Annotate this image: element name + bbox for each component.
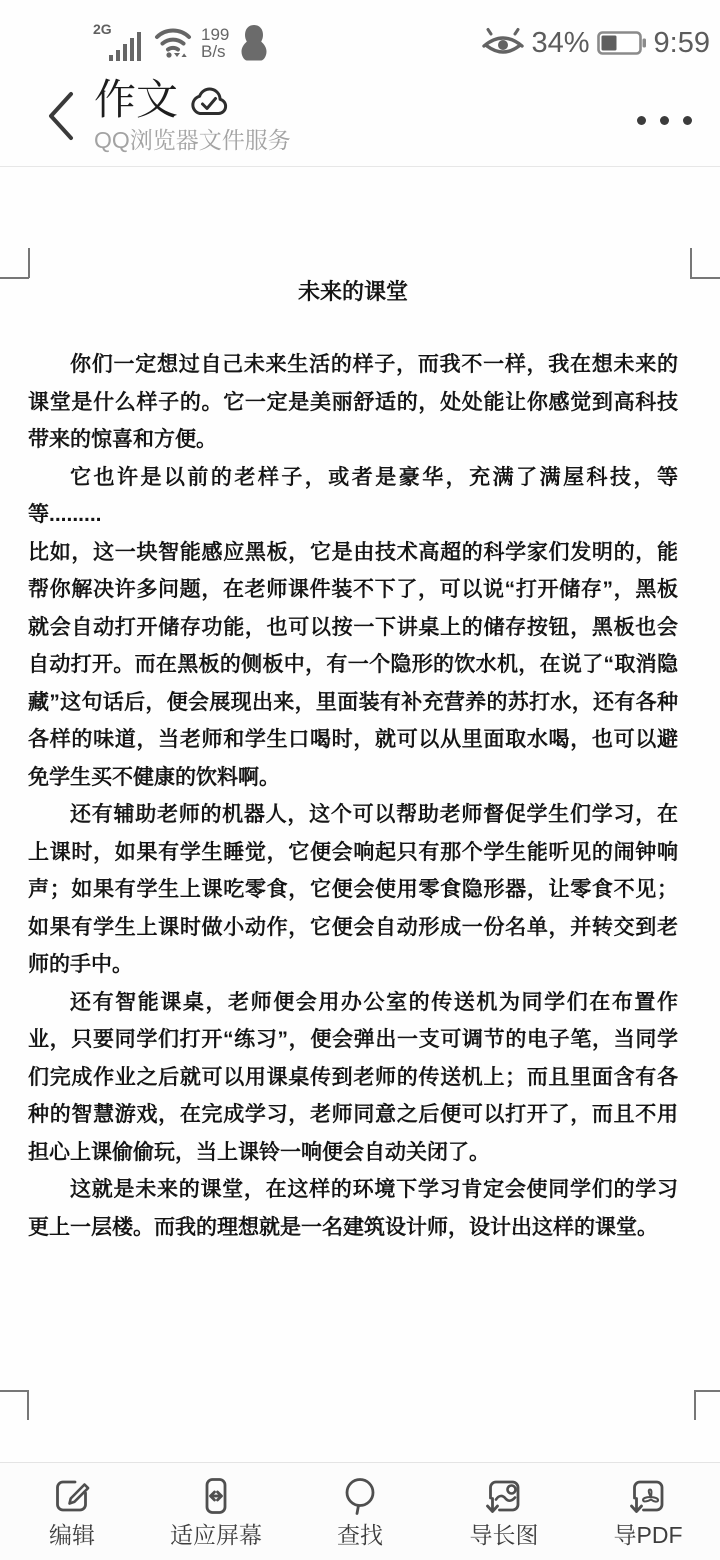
export-long-image-icon bbox=[481, 1473, 527, 1519]
essay-paragraph: 你们一定想过自己未来生活的样子，而我不一样，我在想未来的课堂是什么样子的。它一定… bbox=[28, 346, 678, 459]
tool-label: 查找 bbox=[337, 1521, 383, 1549]
ellipsis-dot bbox=[683, 116, 692, 125]
essay-paragraph: 它也许是以前的老样子，或者是豪华，充满了满屋科技，等等......... bbox=[28, 459, 678, 534]
status-bar: 2G 199 B/s bbox=[0, 0, 720, 70]
title-block: 作文 QQ浏览器文件服务 bbox=[94, 74, 291, 154]
network-speed: 199 B/s bbox=[201, 26, 229, 60]
document-viewer[interactable]: 未来的课堂 你们一定想过自己未来生活的样子，而我不一样，我在想未来的课堂是什么样… bbox=[0, 168, 720, 1462]
header: 作文 QQ浏览器文件服务 bbox=[0, 70, 720, 167]
page-corner-mark-bottom-right bbox=[694, 1390, 720, 1392]
essay-paragraph: 这就是未来的课堂，在这样的环境下学习肯定会使同学们的学习更上一层楼。而我的理想就… bbox=[28, 1171, 678, 1246]
ellipsis-dot bbox=[637, 116, 646, 125]
network-speed-value: 199 bbox=[201, 26, 229, 43]
edit-icon bbox=[49, 1473, 95, 1519]
status-left-cluster: 2G 199 B/s bbox=[93, 23, 270, 63]
essay-title: 未来的课堂 bbox=[28, 272, 678, 312]
bottom-toolbar: 编辑 适应屏幕 查找 bbox=[0, 1462, 720, 1560]
phone-screen: 2G 199 B/s bbox=[0, 0, 720, 1560]
fit-screen-icon bbox=[193, 1473, 239, 1519]
tool-label: 编辑 bbox=[49, 1521, 95, 1549]
network-speed-unit: B/s bbox=[201, 43, 229, 60]
export-long-image-button[interactable]: 导长图 bbox=[432, 1463, 576, 1560]
cloud-check-icon bbox=[188, 84, 230, 120]
page-corner-mark-bottom-left bbox=[27, 1390, 29, 1420]
tool-label: 导长图 bbox=[470, 1521, 539, 1549]
export-pdf-icon bbox=[625, 1473, 671, 1519]
essay-paragraph: 还有智能课桌，老师便会用办公室的传送机为同学们在布置作业，只要同学们打开“练习”… bbox=[28, 984, 678, 1172]
export-pdf-button[interactable]: 导PDF bbox=[576, 1463, 720, 1560]
page-corner-mark-top-right bbox=[690, 248, 692, 278]
page-title: 作文 bbox=[94, 74, 178, 126]
search-icon bbox=[337, 1473, 383, 1519]
fit-screen-button[interactable]: 适应屏幕 bbox=[144, 1463, 288, 1560]
battery-icon bbox=[597, 29, 647, 57]
page-corner-mark-top-left bbox=[0, 277, 29, 279]
page-corner-mark-bottom-right bbox=[694, 1390, 696, 1420]
more-menu-button[interactable] bbox=[637, 110, 692, 131]
wifi-icon bbox=[154, 25, 192, 61]
eye-protection-icon bbox=[481, 26, 525, 60]
battery-percent-label: 34% bbox=[532, 27, 590, 60]
page-corner-mark-bottom-left bbox=[0, 1390, 28, 1392]
find-button[interactable]: 查找 bbox=[288, 1463, 432, 1560]
qq-notification-icon bbox=[238, 24, 270, 62]
back-button[interactable] bbox=[44, 90, 78, 142]
page-corner-mark-top-right bbox=[690, 277, 720, 279]
cellular-signal-icon: 2G bbox=[93, 23, 145, 63]
ellipsis-dot bbox=[660, 116, 669, 125]
signal-bars-icon bbox=[109, 31, 143, 61]
essay-paragraph: 比如，这一块智能感应黑板，它是由技术高超的科学家们发明的，能帮你解决许多问题，在… bbox=[28, 534, 678, 797]
edit-button[interactable]: 编辑 bbox=[0, 1463, 144, 1560]
status-right-cluster: 34% 9:59 bbox=[481, 26, 711, 60]
tool-label: 适应屏幕 bbox=[170, 1521, 262, 1549]
document-page: 未来的课堂 你们一定想过自己未来生活的样子，而我不一样，我在想未来的课堂是什么样… bbox=[28, 272, 678, 1246]
tool-label: 导PDF bbox=[614, 1521, 683, 1549]
essay-paragraph: 还有辅助老师的机器人，这个可以帮助老师督促学生们学习，在上课时，如果有学生睡觉，… bbox=[28, 796, 678, 984]
clock-label: 9:59 bbox=[654, 27, 710, 60]
page-subtitle: QQ浏览器文件服务 bbox=[94, 127, 291, 154]
